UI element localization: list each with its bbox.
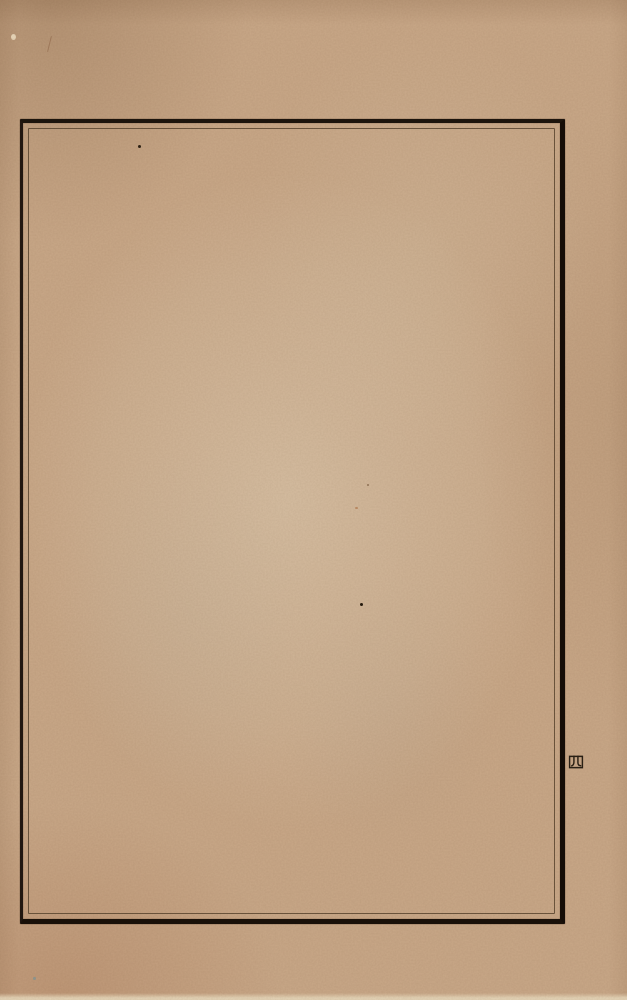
paper-speck xyxy=(138,145,141,148)
border-frame-inner xyxy=(28,128,555,914)
paper-speck xyxy=(360,603,363,606)
paper-speck xyxy=(11,34,16,40)
paper-speck xyxy=(355,507,358,509)
page-bottom-edge xyxy=(0,993,627,1000)
scanned-book-page: 四 xyxy=(0,0,627,1000)
kanji-four-icon xyxy=(568,754,584,770)
folio-page-number: 四 xyxy=(568,754,584,770)
paper-speck xyxy=(33,977,36,980)
paper-speck xyxy=(367,484,369,486)
paper-scratch xyxy=(47,36,52,52)
border-frame-outer xyxy=(20,119,565,924)
